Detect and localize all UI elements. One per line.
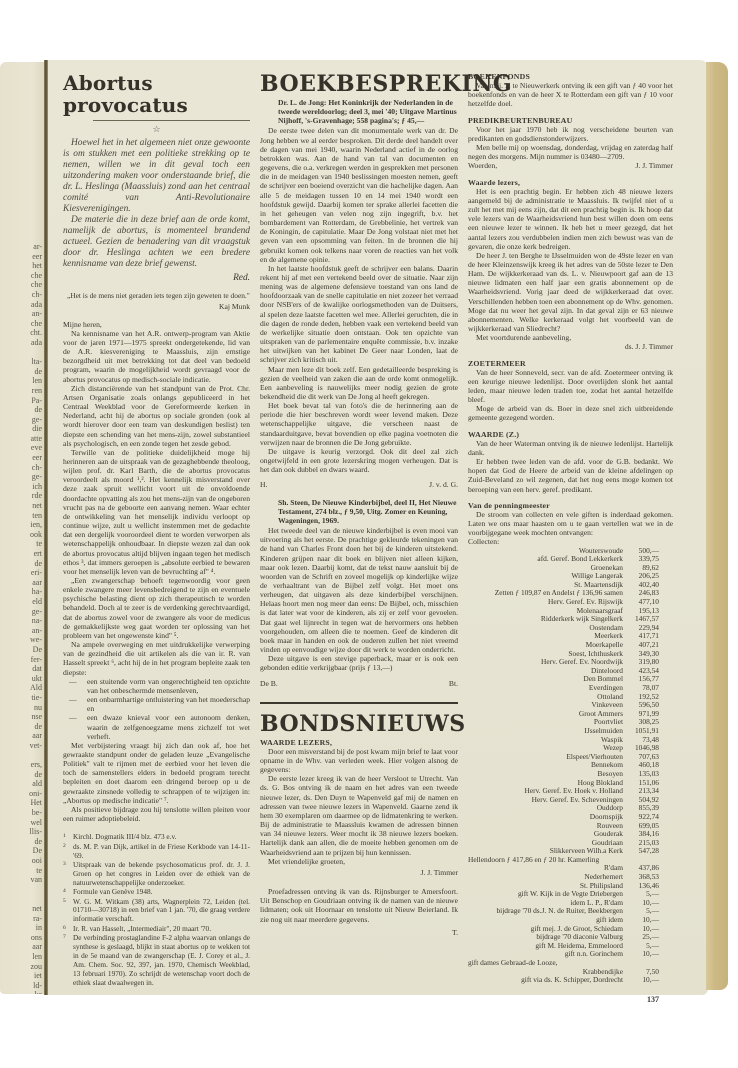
subsection-heading: WAARDE (Z.) bbox=[468, 430, 673, 439]
motto-quote: „Het is de mens niet geraden iets tegen … bbox=[67, 291, 250, 300]
penningmeester-section: Van de penningmeester De stroom van coll… bbox=[468, 501, 673, 985]
body-paragraph: Voor het jaar 1970 heb ik nog verscheide… bbox=[468, 125, 673, 143]
body-paragraph: Maar men leze dit boek zelf. Een gedetai… bbox=[260, 365, 458, 402]
body-paragraph: Van de heer Sonneveld, secr. van de afd.… bbox=[468, 368, 673, 405]
body-paragraph: Door een misverstand bij de post kwam mi… bbox=[260, 747, 458, 774]
body-paragraph: Van mej. X te Nieuwerkerk ontving ik een… bbox=[468, 81, 673, 108]
body-paragraph: Deze uitgave is een stevige paperback, m… bbox=[260, 654, 458, 672]
page-stack-edge bbox=[706, 62, 728, 990]
footnote: 5W. G. M. Witkam (38) arts, Wagnerplein … bbox=[63, 898, 250, 925]
donations-table: Wouterswoude500,—afd. Geref. Bond Lekker… bbox=[468, 547, 673, 985]
subsection-heading: BOEKENFONDS bbox=[468, 72, 673, 81]
list-item: een onbarmhartige ontluistering van het … bbox=[69, 695, 250, 713]
entry-amount: 547,28 bbox=[631, 847, 673, 856]
body-paragraph: De uitgave is keurig verzorgd. Ook dit d… bbox=[260, 447, 458, 474]
column-news: BOEKENFONDS Van mej. X te Nieuwerkerk on… bbox=[468, 72, 673, 1004]
body-paragraph: Moge de arbeid van ds. Boer in deze snel… bbox=[468, 404, 673, 422]
entry-amount: 10,— bbox=[631, 950, 673, 959]
predikbeurten-section: PREDIKBEURTENBUREAU Voor het jaar 1970 h… bbox=[468, 116, 673, 171]
body-paragraph: In het laatste hoofdstuk geeft de schrij… bbox=[260, 264, 458, 365]
book-heading: Sh. Steen, De Nieuwe Kinderbijbel, deel … bbox=[278, 498, 458, 525]
signature-left: De B. bbox=[260, 679, 278, 688]
facing-page-edge: ar- eer het che che ch- ada an- che cht.… bbox=[0, 62, 46, 994]
bondsnieuws-body: Door een misverstand bij de post kwam mi… bbox=[260, 747, 458, 866]
body-paragraph: De eerste lezer kreeg ik van de heer Ver… bbox=[260, 774, 458, 856]
body-paragraph: De stroom van collecten en vele giften i… bbox=[468, 510, 673, 537]
footnote: 3Uitspraak van de bekende psychosomaticu… bbox=[63, 861, 250, 888]
book-heading: Dr. L. de Jong: Het Koninkrijk der Neder… bbox=[278, 98, 458, 125]
body-paragraph: Het boek bevat tal van foto's die de her… bbox=[260, 401, 458, 447]
subsection-heading: ZOETERMEER bbox=[468, 359, 673, 368]
footnote: 7De verbinding prostaglandine F-2 alpha … bbox=[63, 934, 250, 987]
zoetermeer-section: ZOETERMEER Van de heer Sonneveld, secr. … bbox=[468, 359, 673, 423]
review-body: De eerste twee delen van dit monumentale… bbox=[260, 126, 458, 474]
body-paragraph: Na kennisname van het A.R. ontwerp-progr… bbox=[63, 329, 250, 384]
footnote-number: 1 bbox=[63, 832, 66, 841]
section-title-bondsnieuws: BONDSNIEUWS bbox=[260, 712, 458, 736]
signature-right: J. v. d. G. bbox=[429, 480, 458, 489]
signature-left: H. bbox=[260, 480, 267, 489]
editor-signature: Red. bbox=[63, 274, 250, 283]
body-paragraph: Na ampele overweging en met uitdrukkelij… bbox=[63, 640, 250, 677]
review-signature: De B. Bt. bbox=[260, 679, 458, 688]
signature-row: Woerden, J. J. Timmer bbox=[468, 161, 673, 170]
body-paragraph: Het tweede deel van de nieuwe kinderbijb… bbox=[260, 526, 458, 654]
footnote-text: W. G. M. Witkam (38) arts, Wagnerplein 7… bbox=[73, 897, 250, 924]
entry-description: gift dames Gebraad-de Looze, bbox=[468, 959, 673, 968]
footnote-text: ds. M. P. van Dijk, artikel in de Friese… bbox=[73, 842, 250, 860]
footnote: 2ds. M. P. van Dijk, artikel in de Fries… bbox=[63, 843, 250, 861]
subsection-heading: WAARDE LEZERS, bbox=[260, 738, 458, 747]
body-paragraph: Van de heer Waterman ontving ik de nieuw… bbox=[468, 439, 673, 457]
signature: J. J. Timmer bbox=[635, 161, 673, 170]
body-paragraph: Met vriendelijke groeten, bbox=[260, 857, 458, 866]
entry-amount: 10,— bbox=[631, 976, 673, 985]
footnote-text: Formule van Genève 1948. bbox=[73, 887, 152, 896]
boekenfonds-section: BOEKENFONDS Van mej. X te Nieuwerkerk on… bbox=[468, 72, 673, 109]
motto-author: Kaj Munk bbox=[63, 302, 250, 311]
body-paragraph: De heer J. ten Berghe te IJsselmuiden wo… bbox=[468, 251, 673, 333]
signature-right: Bt. bbox=[449, 679, 458, 688]
footnote-number: 2 bbox=[63, 842, 66, 851]
footnote-text: De verbinding prostaglandine F-2 alpha w… bbox=[73, 933, 250, 987]
signature: ds. J. J. Timmer bbox=[468, 342, 673, 351]
footnotes: 1Kirchl. Dogmatik III/4 blz. 473 e.v.2ds… bbox=[63, 833, 250, 987]
footnote-number: 7 bbox=[63, 933, 66, 942]
table-row: gift via ds. K. Schipper, Dordrecht10,— bbox=[468, 976, 673, 985]
intro-paragraph: Hoewel het in het algemeen niet onze gew… bbox=[63, 138, 250, 215]
body-paragraph: Zich distanciërende van het standpunt va… bbox=[63, 384, 250, 448]
intro-paragraph: De materie die in deze brief aan de orde… bbox=[63, 215, 250, 270]
body-paragraph: Terwille van de politieke duidelijkheid … bbox=[63, 448, 250, 576]
subsection-heading: PREDIKBEURTENBUREAU bbox=[468, 116, 673, 125]
subsection-heading: Van de penningmeester bbox=[468, 501, 673, 510]
footnote-text: Ir. R. van Hasselt, „Intermediair", 20 m… bbox=[73, 924, 211, 933]
waarde-lezers-section: Waarde lezers, Het is een prachtig begin… bbox=[468, 178, 673, 352]
article-abortus: Abortus provocatus ☆ Hoewel het in het a… bbox=[63, 72, 250, 988]
place: Woerden, bbox=[468, 161, 497, 170]
table-row: gift dames Gebraad-de Looze, bbox=[468, 959, 673, 968]
waarde-z-section: WAARDE (Z.) Van de heer Waterman ontving… bbox=[468, 430, 673, 494]
footnote-number: 4 bbox=[63, 887, 66, 896]
section-title-boekbespreking: BOEKBESPREKING bbox=[260, 72, 458, 96]
facing-page-bleed-text: ar- eer het che che ch- ada an- che cht.… bbox=[8, 242, 42, 994]
body-paragraph: Als positieve bijdrage zou hij tenslotte… bbox=[63, 805, 250, 823]
body-paragraph: Proefadressen ontving ik van ds. Rijnsbu… bbox=[260, 887, 458, 924]
footnote-text: Kirchl. Dogmatik III/4 blz. 473 e.v. bbox=[73, 832, 176, 841]
entry-name: gift via ds. K. Schipper, Dordrecht bbox=[468, 976, 631, 985]
dash-list: een stuitende vorm van ongerechtigheid t… bbox=[69, 677, 250, 741]
list-item: een dwaze knieval voor een autonoom denk… bbox=[69, 713, 250, 740]
body-paragraph: Het is een prachtig begin. Er hebben zic… bbox=[468, 187, 673, 251]
body-paragraph: De eerste twee delen van dit monumentale… bbox=[260, 126, 458, 263]
review-signature: H. J. v. d. G. bbox=[260, 480, 458, 489]
section-divider bbox=[260, 702, 458, 704]
body-paragraph: Men belle mij op woensdag, donderdag, vr… bbox=[468, 143, 673, 161]
signature: J. J. Timmer bbox=[260, 868, 458, 877]
list-item: een stuitende vorm van ongerechtigheid t… bbox=[69, 677, 250, 695]
star-icon: ☆ bbox=[63, 125, 250, 134]
title-rule bbox=[93, 120, 250, 121]
footnote-number: 3 bbox=[63, 860, 66, 869]
body-paragraph: „Een zwangerschap behoeft tegenwoordig v… bbox=[63, 576, 250, 640]
footnote-number: 5 bbox=[63, 897, 66, 906]
article-title: Abortus provocatus bbox=[63, 72, 250, 116]
review-body: Het tweede deel van de nieuwe kinderbijb… bbox=[260, 526, 458, 673]
subsection-heading: Waarde lezers, bbox=[468, 178, 673, 187]
page-number: 137 bbox=[468, 995, 659, 1004]
signature: T. bbox=[260, 928, 458, 937]
column-reviews: BOEKBESPREKING Dr. L. de Jong: Het Konin… bbox=[260, 72, 458, 937]
salutation: Mijne heren, bbox=[63, 320, 250, 329]
footnote-text: Uitspraak van de bekende psychosomaticus… bbox=[73, 860, 250, 887]
footnote-number: 6 bbox=[63, 924, 66, 933]
body-paragraph: Er hebben twee leden van de afd. voor de… bbox=[468, 457, 673, 494]
body-paragraph: Met verbijstering vraagt hij zich dan oo… bbox=[63, 741, 250, 805]
body-paragraph: Met voortdurende aanbeveling, bbox=[468, 333, 673, 342]
